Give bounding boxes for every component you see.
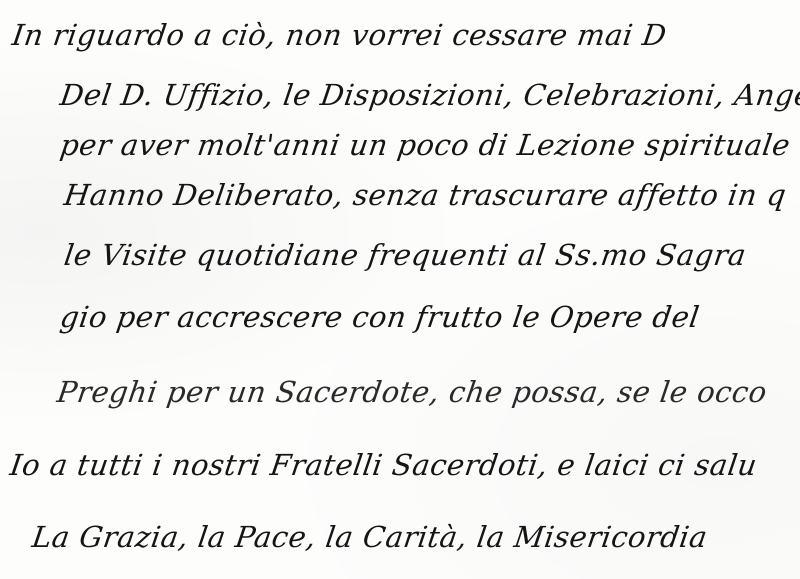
manuscript-line-7: Preghi per un Sacerdote, che possa, se l… (55, 375, 769, 409)
manuscript-line-6: gio per accrescere con frutto le Opere d… (58, 300, 702, 334)
manuscript-line-3: per aver molt'anni un poco di Lezione sp… (58, 128, 792, 162)
manuscript-line-1: In riguardo a ciò, non vorrei cessare ma… (10, 18, 669, 52)
manuscript-line-9: La Grazia, la Pace, la Carità, la Miseri… (30, 520, 710, 554)
manuscript-line-2: Del D. Uffizio, le Disposizioni, Celebra… (58, 78, 800, 112)
manuscript-line-8: Io a tutti i nostri Fratelli Sacerdoti, … (8, 448, 759, 482)
manuscript-line-4: Hanno Deliberato, senza trascurare affet… (62, 178, 788, 212)
manuscript-line-5: le Visite quotidiane frequenti al Ss.mo … (62, 238, 748, 272)
manuscript-page: In riguardo a ciò, non vorrei cessare ma… (0, 0, 800, 579)
